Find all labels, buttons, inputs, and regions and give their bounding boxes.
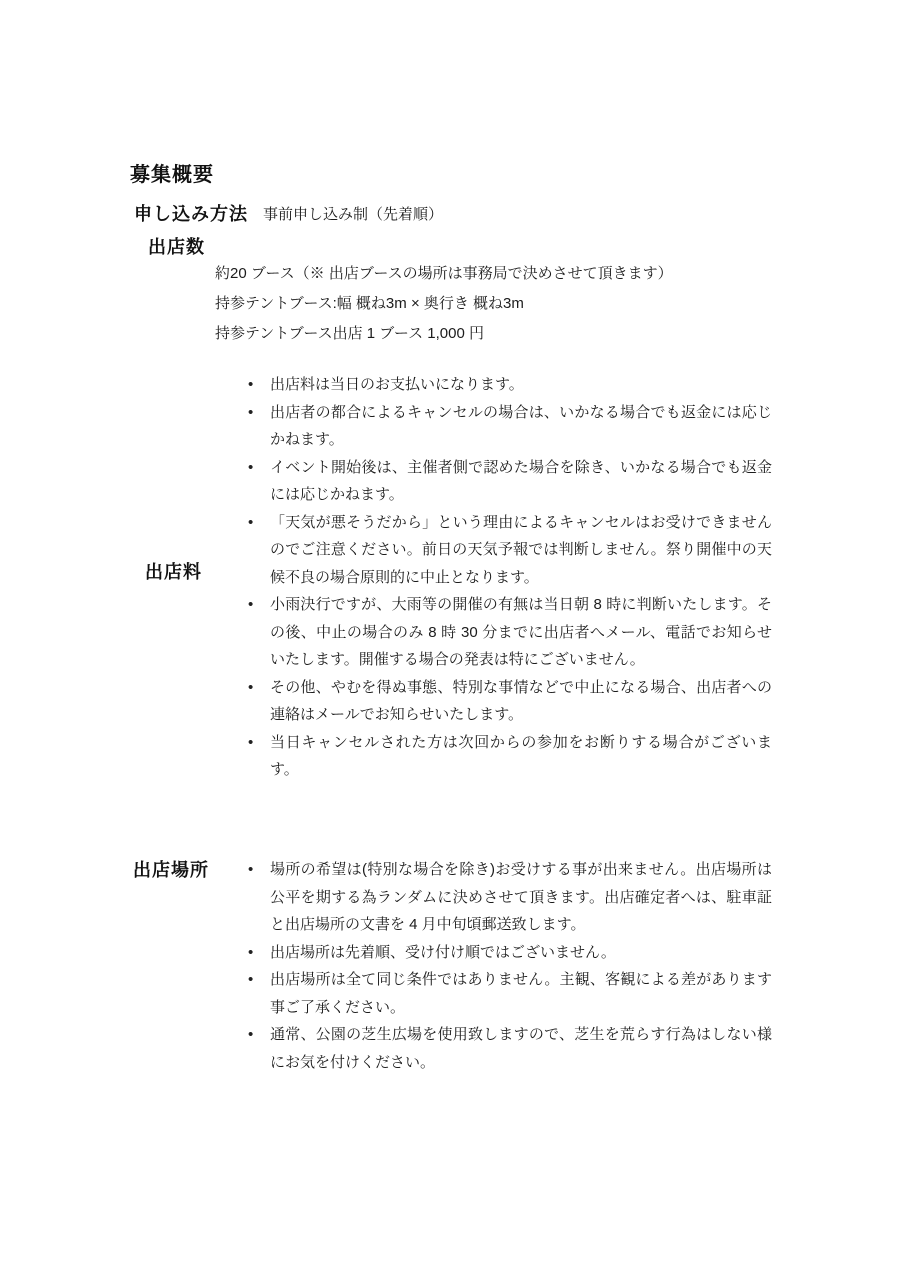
list-item: 通常、公園の芝生広場を使用致しますので、芝生を荒らす行為はしない様にお気を付けく… (270, 1021, 772, 1076)
list-item: 当日キャンセルされた方は次回からの参加をお断りする場合がございます。 (270, 729, 772, 784)
booth-count-line: 持参テントブース:幅 概ね3m × 奥行き 概ね3m (215, 289, 673, 319)
value-application-method: 事前申し込み制（先着順） (263, 205, 443, 224)
label-fee: 出店料 (145, 561, 202, 583)
page-title: 募集概要 (130, 163, 214, 187)
label-booth-count: 出店数 (148, 236, 205, 258)
location-bullet-list: 場所の希望は(特別な場合を除き)お受けする事が出来ません。出店場所は公平を期する… (245, 856, 772, 1076)
document-page: 募集概要 申し込み方法 事前申し込み制（先着順） 出店数 約20 ブース（※ 出… (0, 0, 900, 1274)
label-location: 出店場所 (133, 859, 209, 881)
list-item: 出店場所は全て同じ条件ではありません。主観、客観による差があります事ご了承くださ… (270, 966, 772, 1021)
list-item: イベント開始後は、主催者側で認めた場合を除き、いかなる場合でも返金には応じかねま… (270, 454, 772, 509)
booth-count-details: 約20 ブース（※ 出店ブースの場所は事務局で決めさせて頂きます） 持参テントブ… (215, 259, 673, 349)
list-item: 出店者の都合によるキャンセルの場合は、いかなる場合でも返金には応じかねます。 (270, 399, 772, 454)
list-item: 小雨決行ですが、大雨等の開催の有無は当日朝 8 時に判断いたします。その後、中止… (270, 591, 772, 674)
list-item: 「天気が悪そうだから」という理由によるキャンセルはお受けできませんのでご注意くだ… (270, 509, 772, 592)
booth-count-line: 約20 ブース（※ 出店ブースの場所は事務局で決めさせて頂きます） (215, 259, 673, 289)
list-item: その他、やむを得ぬ事態、特別な事情などで中止になる場合、出店者への連絡はメールで… (270, 674, 772, 729)
fee-bullet-list: 出店料は当日のお支払いになります。 出店者の都合によるキャンセルの場合は、いかな… (245, 371, 772, 784)
list-item: 出店料は当日のお支払いになります。 (270, 371, 772, 399)
list-item: 出店場所は先着順、受け付け順ではございません。 (270, 939, 772, 967)
list-item: 場所の希望は(特別な場合を除き)お受けする事が出来ません。出店場所は公平を期する… (270, 856, 772, 939)
booth-count-line: 持参テントブース出店 1 ブース 1,000 円 (215, 319, 673, 349)
label-application-method: 申し込み方法 (134, 203, 248, 225)
